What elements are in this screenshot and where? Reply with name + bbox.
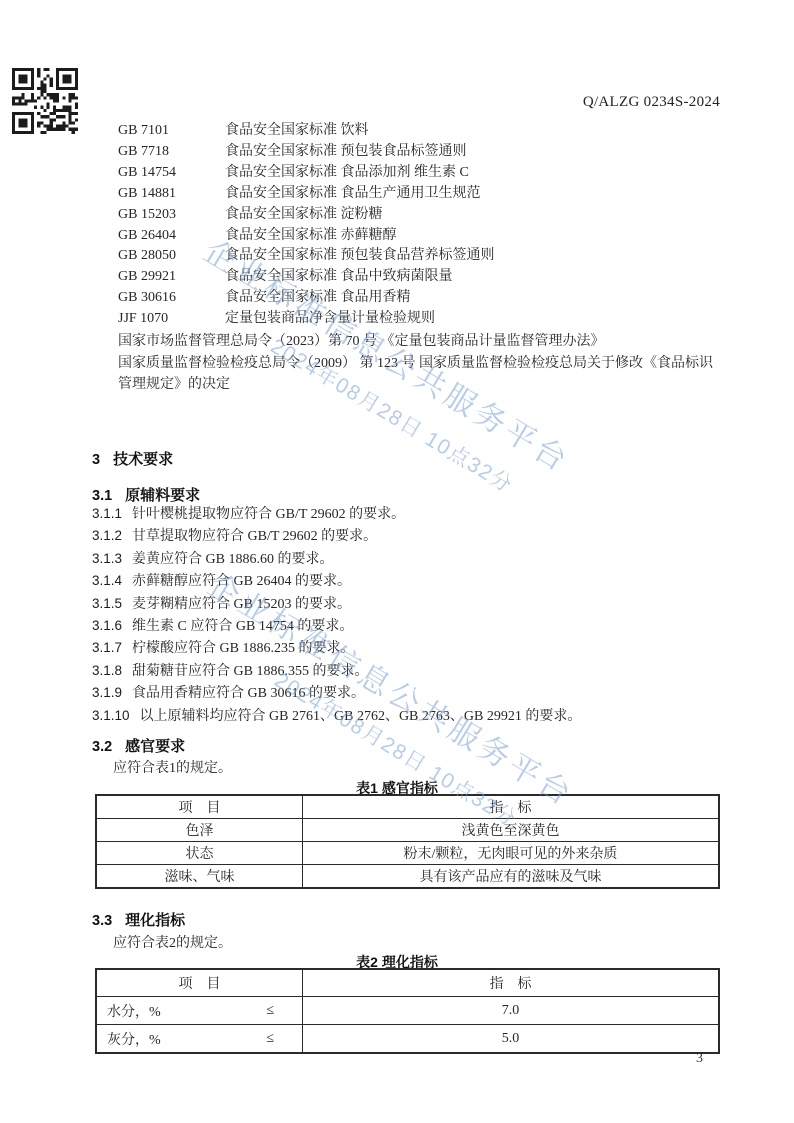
requirement-item: 3.1.4赤藓糖醇应符合 GB 26404 的要求。 — [92, 570, 722, 592]
reference-row: GB 14881食品安全国家标准 食品生产通用卫生规范 — [0, 184, 794, 205]
table-row: 灰分，% ≤ 5.0 — [97, 1024, 718, 1052]
column-header: 指 标 — [302, 796, 718, 818]
item-label: 水分，% — [107, 1001, 161, 1021]
standard-title: 食品安全国家标准 预包装食品营养标签通则 — [225, 246, 794, 267]
row-value: 浅黄色至深黄色 — [302, 819, 718, 841]
reference-row: GB 26404食品安全国家标准 赤藓糖醇 — [0, 226, 794, 247]
requirement-items: 3.1.1针叶樱桃提取物应符合 GB/T 29602 的要求。 3.1.2甘草提… — [92, 503, 722, 727]
item-number: 3.1.4 — [92, 573, 122, 588]
requirement-item: 3.1.6维生素 C 应符合 GB 14754 的要求。 — [92, 615, 722, 637]
reference-paragraph: 国家市场监督管理总局令（2023）第 70 号 《定量包装商品计量监督管理办法》 — [118, 331, 722, 353]
item-number: 3.1.3 — [92, 551, 122, 566]
less-equal-sign: ≤ — [266, 1031, 274, 1047]
standard-code: GB 26404 — [118, 226, 225, 247]
column-header: 项 目 — [97, 970, 302, 996]
section-number: 3.1 — [92, 488, 112, 504]
item-text: 麦芽糊精应符合 GB 15203 的要求。 — [132, 597, 351, 612]
row-value: 5.0 — [302, 1025, 718, 1052]
standard-code: GB 29921 — [118, 267, 225, 288]
row-item: 灰分，% ≤ — [97, 1025, 302, 1052]
standard-title: 食品安全国家标准 食品添加剂 维生素 C — [225, 163, 794, 184]
standard-code: GB 28050 — [118, 246, 225, 267]
item-text: 甘草提取物应符合 GB/T 29602 的要求。 — [132, 529, 377, 544]
section-number: 3.3 — [92, 913, 112, 929]
table-row: 状态 粉末/颗粒，无肉眼可见的外来杂质 — [97, 841, 718, 864]
section-title: 理化指标 — [125, 913, 185, 929]
standard-title: 定量包装商品净含量计量检验规则 — [225, 309, 794, 330]
doc-number: Q/ALZG 0234S-2024 — [583, 94, 720, 111]
requirement-item: 3.1.5麦芽糊精应符合 GB 15203 的要求。 — [92, 593, 722, 615]
standard-title: 食品安全国家标准 预包装食品标签通则 — [225, 142, 794, 163]
less-equal-sign: ≤ — [266, 1003, 274, 1019]
standard-code: GB 7718 — [118, 142, 225, 163]
section-heading-3-2: 3.2感官要求 — [92, 735, 185, 756]
reference-list: GB 7101食品安全国家标准 饮料 GB 7718食品安全国家标准 预包装食品… — [0, 121, 794, 330]
table-row: 滋味、气味 具有该产品应有的滋味及气味 — [97, 864, 718, 887]
row-item: 滋味、气味 — [97, 865, 302, 887]
reference-row: GB 28050食品安全国家标准 预包装食品营养标签通则 — [0, 246, 794, 267]
reference-row: GB 29921食品安全国家标准 食品中致病菌限量 — [0, 267, 794, 288]
reference-row: GB 30616食品安全国家标准 食品用香精 — [0, 288, 794, 309]
requirement-item: 3.1.2甘草提取物应符合 GB/T 29602 的要求。 — [92, 525, 722, 547]
table2-physicochemical: 项 目 指 标 水分，% ≤ 7.0 灰分，% ≤ 5.0 — [95, 968, 720, 1054]
item-number: 3.1.8 — [92, 663, 122, 678]
section-number: 3.2 — [92, 739, 112, 755]
item-number: 3.1.2 — [92, 528, 122, 543]
column-header: 项 目 — [97, 796, 302, 818]
reference-row: JJF 1070定量包装商品净含量计量检验规则 — [0, 309, 794, 330]
table-header-row: 项 目 指 标 — [97, 796, 718, 818]
section-heading-3: 3技术要求 — [92, 448, 173, 469]
item-text: 甜菊糖苷应符合 GB 1886.355 的要求。 — [132, 664, 368, 679]
row-value: 具有该产品应有的滋味及气味 — [302, 865, 718, 887]
reference-paragraph: 国家质量监督检验检疫总局令（2009） 第 123 号 国家质量监督检验检疫总局… — [118, 353, 722, 396]
table-row: 水分，% ≤ 7.0 — [97, 996, 718, 1024]
standard-code: GB 30616 — [118, 288, 225, 309]
table1-sensory: 项 目 指 标 色泽 浅黄色至深黄色 状态 粉末/颗粒，无肉眼可见的外来杂质 滋… — [95, 794, 720, 889]
standard-code: GB 14754 — [118, 163, 225, 184]
reference-row: GB 7101食品安全国家标准 饮料 — [0, 121, 794, 142]
section-title: 感官要求 — [125, 739, 185, 755]
standard-title: 食品安全国家标准 食品用香精 — [225, 288, 794, 309]
table1-lead: 应符合表1的规定。 — [113, 757, 232, 777]
section-title: 原辅料要求 — [125, 488, 200, 504]
table-header-row: 项 目 指 标 — [97, 970, 718, 996]
item-number: 3.1.1 — [92, 506, 122, 521]
section-heading-3-1: 3.1原辅料要求 — [92, 484, 200, 505]
item-number: 3.1.6 — [92, 618, 122, 633]
row-value: 7.0 — [302, 997, 718, 1024]
page-number: 3 — [696, 1051, 703, 1067]
requirement-item: 3.1.10以上原辅料均应符合 GB 2761、GB 2762、GB 2763、… — [92, 705, 722, 727]
item-number: 3.1.7 — [92, 640, 122, 655]
standard-code: JJF 1070 — [118, 309, 225, 330]
requirement-item: 3.1.3姜黄应符合 GB 1886.60 的要求。 — [92, 548, 722, 570]
standard-title: 食品安全国家标准 食品中致病菌限量 — [225, 267, 794, 288]
standard-code: GB 7101 — [118, 121, 225, 142]
section-title: 技术要求 — [113, 452, 173, 468]
item-label: 灰分，% — [107, 1029, 161, 1049]
item-text: 姜黄应符合 GB 1886.60 的要求。 — [132, 552, 333, 567]
row-item: 水分，% ≤ — [97, 997, 302, 1024]
section-heading-3-3: 3.3理化指标 — [92, 909, 185, 930]
row-item: 状态 — [97, 842, 302, 864]
table-row: 色泽 浅黄色至深黄色 — [97, 818, 718, 841]
standard-code: GB 14881 — [118, 184, 225, 205]
item-number: 3.1.9 — [92, 685, 122, 700]
requirement-item: 3.1.8甜菊糖苷应符合 GB 1886.355 的要求。 — [92, 660, 722, 682]
reference-paragraphs: 国家市场监督管理总局令（2023）第 70 号 《定量包装商品计量监督管理办法》… — [118, 331, 722, 396]
standard-title: 食品安全国家标准 赤藓糖醇 — [225, 226, 794, 247]
item-number: 3.1.10 — [92, 708, 130, 723]
standard-title: 食品安全国家标准 淀粉糖 — [225, 205, 794, 226]
standard-title: 食品安全国家标准 食品生产通用卫生规范 — [225, 184, 794, 205]
reference-row: GB 14754食品安全国家标准 食品添加剂 维生素 C — [0, 163, 794, 184]
table2-lead: 应符合表2的规定。 — [113, 932, 232, 952]
requirement-item: 3.1.1针叶樱桃提取物应符合 GB/T 29602 的要求。 — [92, 503, 722, 525]
column-header: 指 标 — [302, 970, 718, 996]
item-text: 针叶樱桃提取物应符合 GB/T 29602 的要求。 — [132, 507, 405, 522]
section-number: 3 — [92, 452, 100, 468]
item-text: 柠檬酸应符合 GB 1886.235 的要求。 — [132, 641, 354, 656]
reference-row: GB 7718食品安全国家标准 预包装食品标签通则 — [0, 142, 794, 163]
document-page: Q/ALZG 0234S-2024 企业标准信息公共服务平台 2024年08月2… — [0, 0, 794, 1123]
item-text: 赤藓糖醇应符合 GB 26404 的要求。 — [132, 574, 351, 589]
item-text: 维生素 C 应符合 GB 14754 的要求。 — [132, 619, 353, 634]
item-text: 以上原辅料均应符合 GB 2761、GB 2762、GB 2763、GB 299… — [140, 709, 582, 724]
row-value: 粉末/颗粒，无肉眼可见的外来杂质 — [302, 842, 718, 864]
requirement-item: 3.1.7柠檬酸应符合 GB 1886.235 的要求。 — [92, 637, 722, 659]
item-text: 食品用香精应符合 GB 30616 的要求。 — [132, 686, 365, 701]
standard-code: GB 15203 — [118, 205, 225, 226]
row-item: 色泽 — [97, 819, 302, 841]
standard-title: 食品安全国家标准 饮料 — [225, 121, 794, 142]
requirement-item: 3.1.9食品用香精应符合 GB 30616 的要求。 — [92, 682, 722, 704]
item-number: 3.1.5 — [92, 596, 122, 611]
reference-row: GB 15203食品安全国家标准 淀粉糖 — [0, 205, 794, 226]
